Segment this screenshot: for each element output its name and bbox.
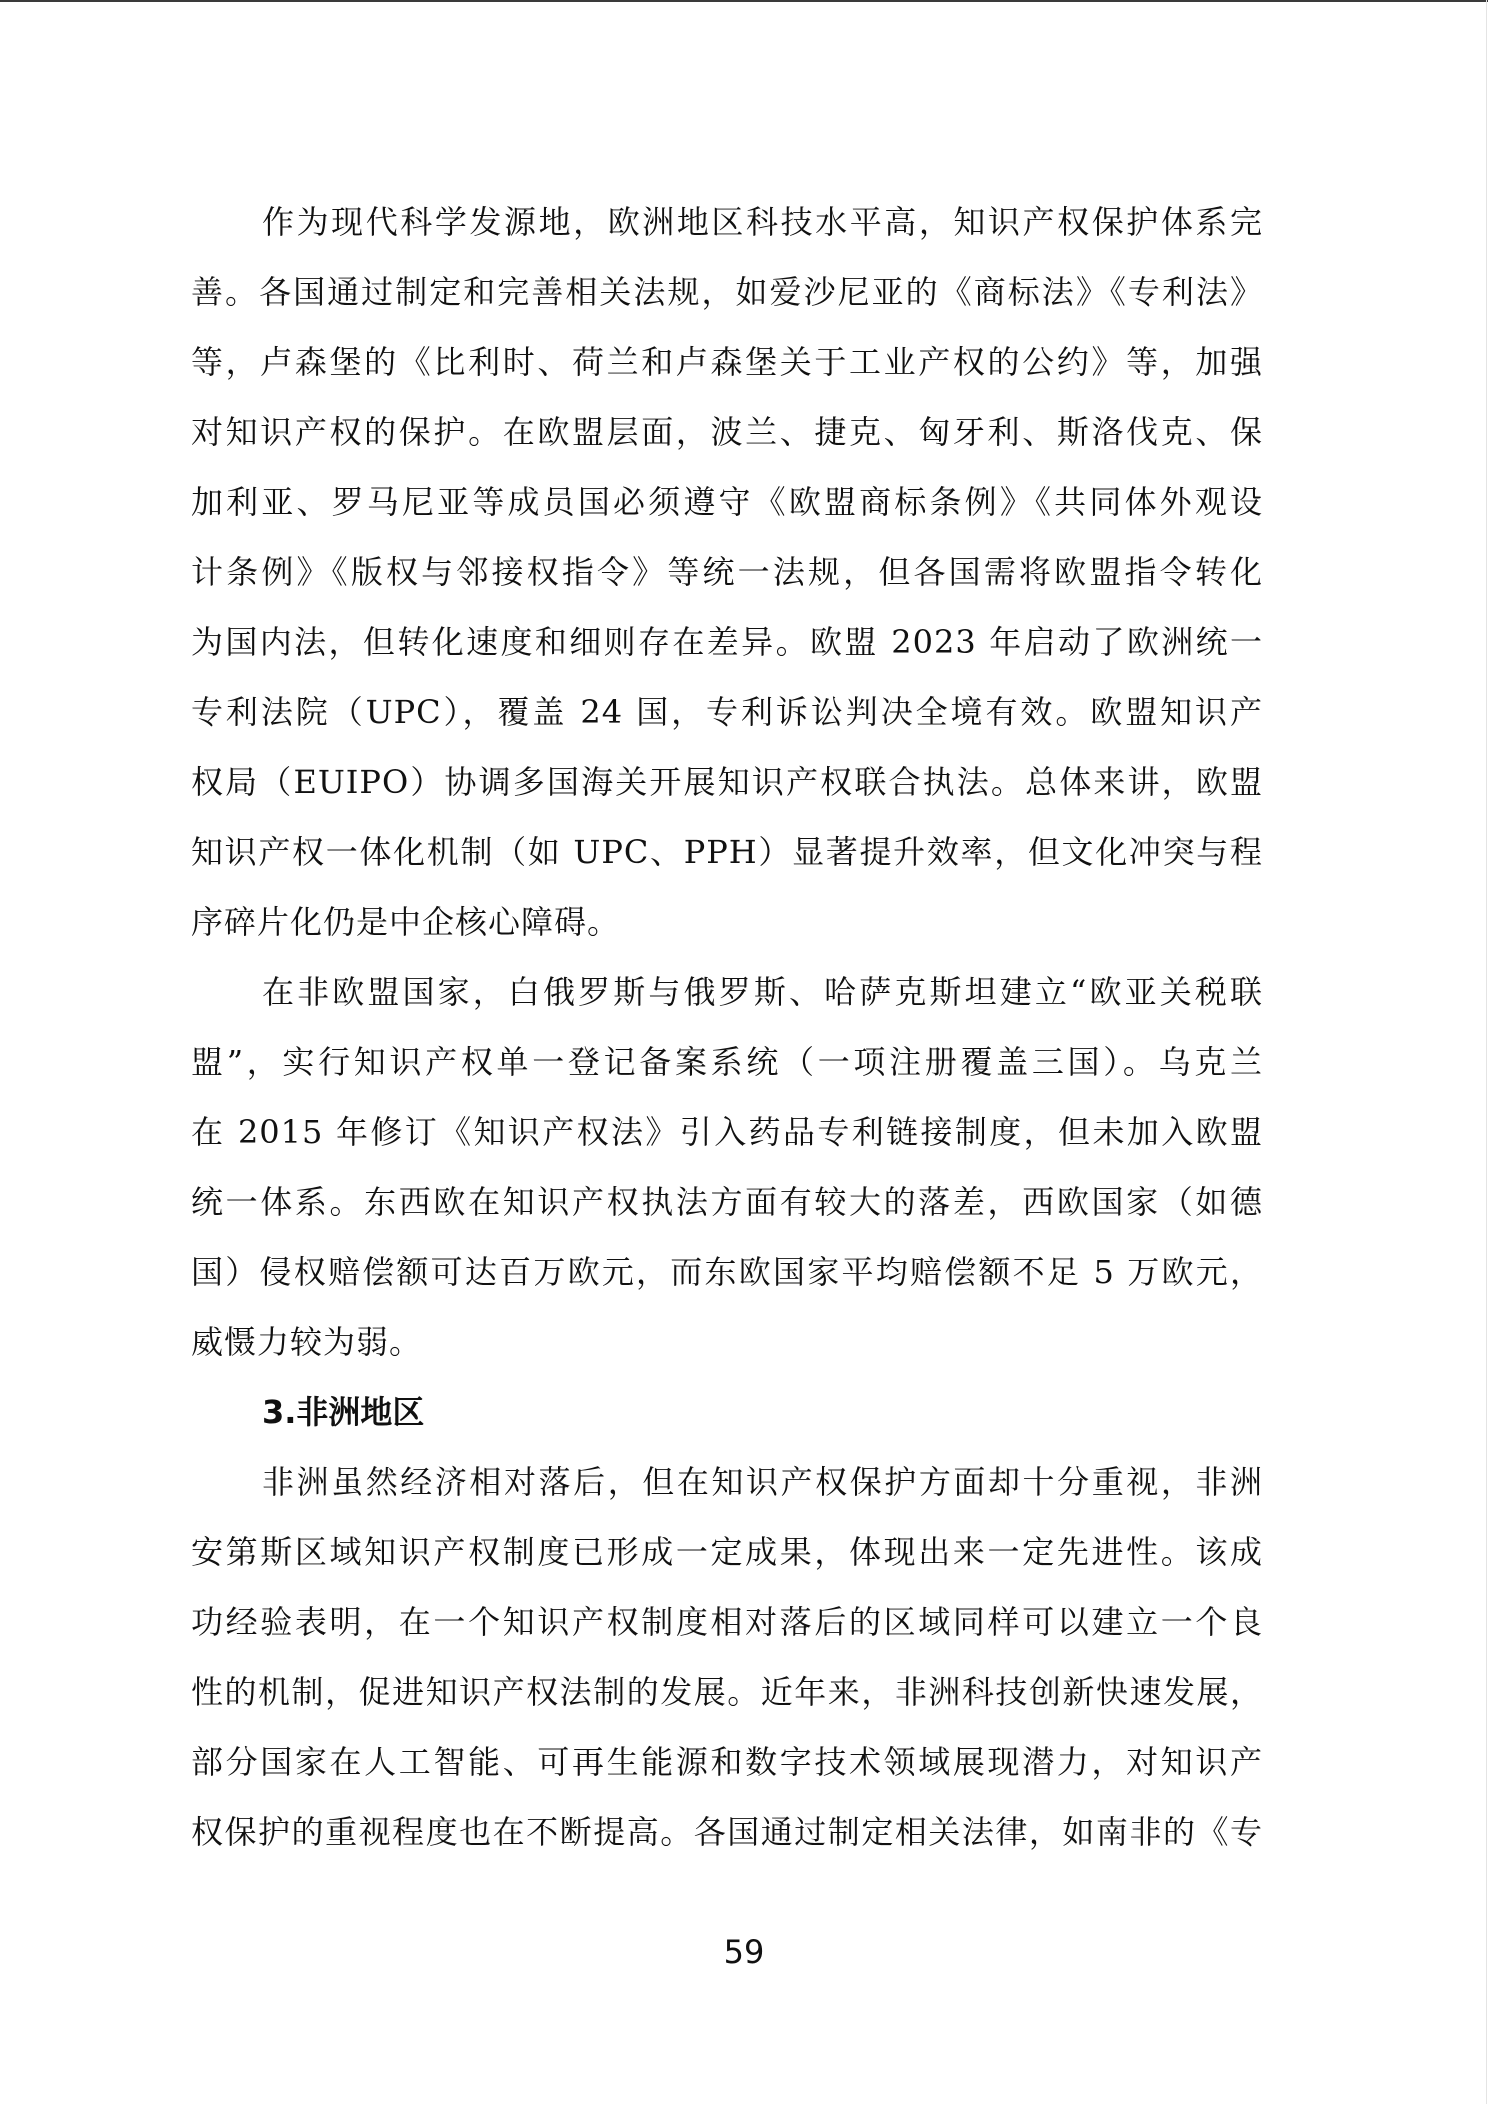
text-line: 功经验表明，在一个知识产权制度相对落后的区域同样可以建立一个良 bbox=[191, 1602, 1263, 1642]
text-line: 威慑力较为弱。 bbox=[191, 1322, 1263, 1362]
text-line: 权局（EUIPO）协调多国海关开展知识产权联合执法。总体来讲，欧盟 bbox=[191, 762, 1263, 802]
text-line: 盟”，实行知识产权单一登记备案系统（一项注册覆盖三国）。乌克兰 bbox=[191, 1042, 1263, 1082]
text-line: 善。各国通过制定和完善相关法规，如爱沙尼亚的《商标法》《专利法》 bbox=[191, 272, 1263, 312]
text-line: 非洲虽然经济相对落后，但在知识产权保护方面却十分重视，非洲 bbox=[262, 1462, 1263, 1502]
text-line: 等，卢森堡的《比利时、荷兰和卢森堡关于工业产权的公约》等，加强 bbox=[191, 342, 1263, 382]
text-line: 性的机制，促进知识产权法制的发展。近年来，非洲科技创新快速发展， bbox=[191, 1672, 1263, 1712]
page-right-border bbox=[1486, 0, 1487, 2104]
text-line: 部分国家在人工智能、可再生能源和数字技术领域展现潜力，对知识产 bbox=[191, 1742, 1263, 1782]
text-line: 为国内法，但转化速度和细则存在差异。欧盟 2023 年启动了欧洲统一 bbox=[191, 622, 1263, 662]
text-line: 在非欧盟国家，白俄罗斯与俄罗斯、哈萨克斯坦建立“欧亚关税联 bbox=[262, 972, 1263, 1012]
text-line: 安第斯区域知识产权制度已形成一定成果，体现出来一定先进性。该成 bbox=[191, 1532, 1263, 1572]
text-line: 加利亚、罗马尼亚等成员国必须遵守《欧盟商标条例》《共同体外观设 bbox=[191, 482, 1263, 522]
text-line: 专利法院（UPC），覆盖 24 国，专利诉讼判决全境有效。欧盟知识产 bbox=[191, 692, 1263, 732]
text-line: 国）侵权赔偿额可达百万欧元，而东欧国家平均赔偿额不足 5 万欧元， bbox=[191, 1252, 1263, 1292]
page-top-border bbox=[0, 0, 1488, 2]
section-heading: 3.非洲地区 bbox=[262, 1392, 424, 1432]
text-line: 知识产权一体化机制（如 UPC、PPH）显著提升效率，但文化冲突与程 bbox=[191, 832, 1263, 872]
text-line: 序碎片化仍是中企核心障碍。 bbox=[191, 902, 1263, 942]
text-line: 在 2015 年修订《知识产权法》引入药品专利链接制度，但未加入欧盟 bbox=[191, 1112, 1263, 1152]
page-number: 59 bbox=[0, 1932, 1488, 1972]
text-line: 作为现代科学发源地，欧洲地区科技水平高，知识产权保护体系完 bbox=[262, 202, 1263, 242]
text-line: 权保护的重视程度也在不断提高。各国通过制定相关法律，如南非的《专 bbox=[191, 1812, 1263, 1852]
text-line: 对知识产权的保护。在欧盟层面，波兰、捷克、匈牙利、斯洛伐克、保 bbox=[191, 412, 1263, 452]
text-line: 计条例》《版权与邻接权指令》等统一法规，但各国需将欧盟指令转化 bbox=[191, 552, 1263, 592]
text-line: 统一体系。东西欧在知识产权执法方面有较大的落差，西欧国家（如德 bbox=[191, 1182, 1263, 1222]
